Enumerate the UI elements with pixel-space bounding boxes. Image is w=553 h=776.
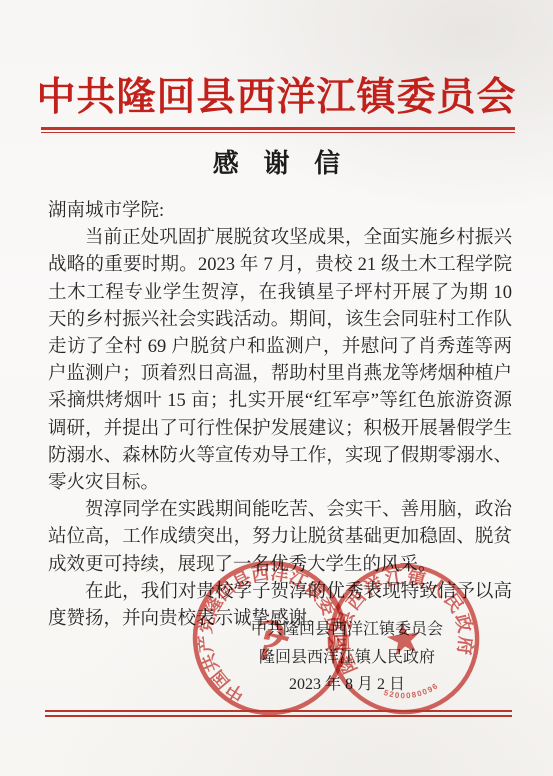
letterhead-org-title: 中共隆回县西洋江镇委员会 [0,66,553,122]
footer-double-rule [45,710,512,717]
signature-block: 中共隆回县西洋江镇委员会 隆回县西洋江镇人民政府 2023 年 8 月 2 日 [199,616,495,699]
signature-org-committee: 中共隆回县西洋江镇委员会 [199,616,495,644]
scanned-letter-page: 中共隆回县西洋江镇委员会 感 谢 信 湖南城市学院: 当前正处巩固扩展脱贫攻坚成… [0,0,553,776]
body-paragraph: 当前正处巩固扩展脱贫攻坚成果，全面实施乡村振兴战略的重要时期。2023 年 7 … [48,225,512,497]
signature-date: 2023 年 8 月 2 日 [199,671,495,699]
salutation: 湖南城市学院: [48,198,512,225]
letterhead-double-rule [41,127,515,133]
letter-body: 湖南城市学院: 当前正处巩固扩展脱贫攻坚成果，全面实施乡村振兴战略的重要时期。2… [48,198,512,633]
letter-title: 感 谢 信 [0,143,553,180]
signature-org-government: 隆回县西洋江镇人民政府 [199,644,495,672]
body-paragraph: 贺淳同学在实践期间能吃苦、会实干、善用脑，政治站位高，工作成绩突出，努力让脱贫基… [48,497,512,579]
